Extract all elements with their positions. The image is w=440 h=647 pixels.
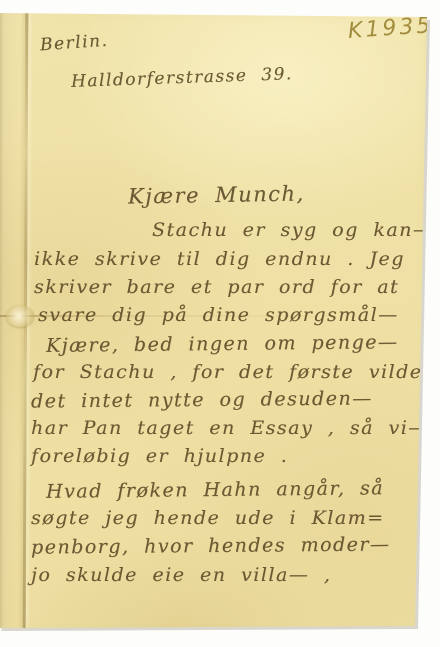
handwritten-line: Stachu er syg og kan— [152,219,433,241]
handwritten-line: skriver bare et par ord for at [34,276,399,298]
handwritten-line: Kjære, bed ingen om penge— [46,331,399,357]
place-line: Berlin. [39,31,109,56]
handwritten-line: svare dig på dine spørgsmål— [38,304,399,326]
salutation-line: Kjære Munch, [128,181,305,208]
handwritten-line: har Pan taget en Essay , så vi— [31,417,429,439]
handwritten-line: søgte jeg hende ude i Klam= [31,507,385,529]
address-line: Halldorferstrasse 39. [71,64,293,92]
handwritten-line: for Stachu , for det første vilde [33,361,423,383]
scanned-letter-page: K1935 Berlin. Halldorferstrasse 39. Kjær… [0,0,440,647]
archive-mark: K1935 [347,13,434,44]
paper-blemish [6,305,34,327]
handwritten-line: Hvad frøken Hahn angår, så [46,477,384,503]
handwritten-line: jo skulde eie en villa— , [31,564,331,586]
handwritten-line: det intet nytte og desuden— [31,388,373,413]
handwritten-line: foreløbig er hjulpne . [31,445,288,467]
handwritten-line: penborg, hvor hendes moder— [31,533,391,558]
letter-paper: K1935 Berlin. Halldorferstrasse 39. Kjær… [0,0,440,647]
handwritten-line: ikke skrive til dig endnu . Jeg [34,248,405,270]
